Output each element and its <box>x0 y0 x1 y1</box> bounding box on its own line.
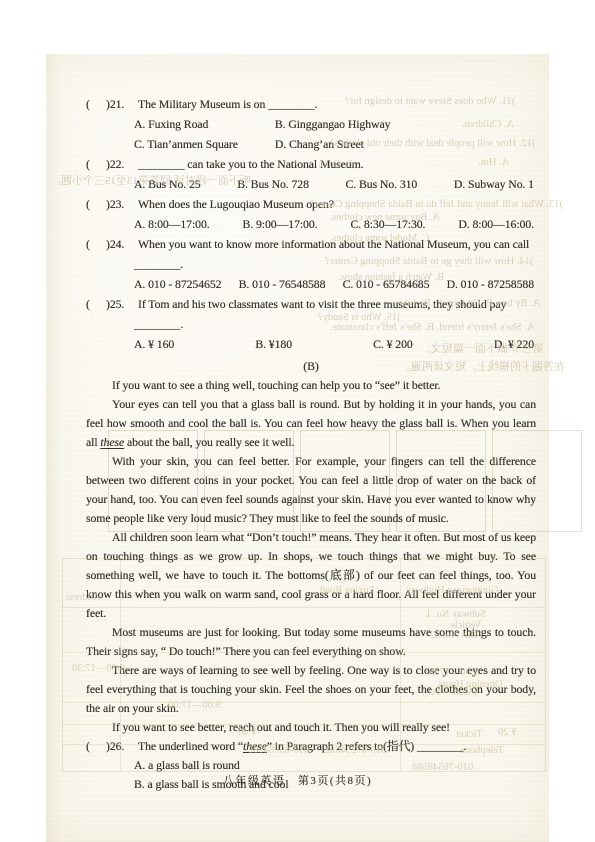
option-b: B. ¥180 <box>255 334 292 354</box>
option-a: A. 8:00—17:00. <box>134 214 210 234</box>
question-24: ( )24. When you want to know more inform… <box>86 234 536 254</box>
underlined-word-these: these <box>100 435 124 449</box>
question-24-options: A. 010 - 87254652 B. 010 - 76548588 C. 0… <box>134 274 536 294</box>
section-b-label: (B) <box>86 356 536 376</box>
passage-paragraph-4: All children soon learn what “Don’t touc… <box>86 528 536 623</box>
option-b: B. 9:00—17:00. <box>243 214 318 234</box>
page-footer: 八年级英语 第3页(共8页) <box>46 772 549 788</box>
question-text: If Tom and his two classmates want to vi… <box>138 294 536 314</box>
question-25-options: A. ¥ 160 B. ¥180 C. ¥ 200 D. ¥ 220 <box>134 334 536 354</box>
option-c: C. Bus No. 310 <box>346 174 418 194</box>
question-number: )25. <box>106 294 138 314</box>
reading-passage-b: If you want to see a thing well, touchin… <box>86 376 536 737</box>
question-25: ( )25. If Tom and his two classmates wan… <box>86 294 536 314</box>
underlined-word-these: these <box>243 739 267 753</box>
question-text: ________ can take you to the National Mu… <box>138 154 536 174</box>
option-a: A. 010 - 87254652 <box>134 274 221 294</box>
passage-paragraph-6: There are ways of learning to see well b… <box>86 661 536 718</box>
option-a: A. Bus No. 25 <box>134 174 201 194</box>
question-number: )23. <box>106 194 138 214</box>
answer-bracket-open: ( <box>86 234 106 254</box>
option-c: C. 010 - 65784685 <box>343 274 430 294</box>
paragraph-2-text: about the ball, you really see it well. <box>124 435 294 449</box>
question-23: ( )23. When does the Lugouqiao Museum op… <box>86 194 536 214</box>
question-number: )26. <box>106 737 138 756</box>
question-number: )21. <box>106 94 138 114</box>
answer-bracket-open: ( <box>86 737 106 756</box>
question-number: )22. <box>106 154 138 174</box>
question-22-options: A. Bus No. 25 B. Bus No. 728 C. Bus No. … <box>134 174 536 194</box>
option-b: B. Bus No. 728 <box>237 174 309 194</box>
option-d: D. 8:00—16:00. <box>458 214 534 234</box>
question-text: When you want to know more information a… <box>138 234 536 254</box>
question-26-text: The underlined word “ <box>138 739 243 753</box>
question-number: )24. <box>106 234 138 254</box>
scanned-exam-page: ( )21. The Military Museum is on _______… <box>0 0 595 842</box>
question-21-options-row-2: C. Tian’anmen Square D. Chang’an Street <box>134 134 536 154</box>
question-26: ( )26. The underlined word “these” in Pa… <box>86 737 536 756</box>
passage-paragraph-7: If you want to see better, reach out and… <box>86 718 536 737</box>
option-a: A. Fuxing Road <box>134 114 272 134</box>
option-c: C. Tian’anmen Square <box>134 134 272 154</box>
question-21: ( )21. The Military Museum is on _______… <box>86 94 536 114</box>
option-d: D. 010 - 87258588 <box>447 274 534 294</box>
option-d: D. Chang’an Street <box>275 137 364 151</box>
question-22: ( )22. ________ can take you to the Nati… <box>86 154 536 174</box>
question-text: The Military Museum is on ________. <box>138 94 536 114</box>
question-text: The underlined word “these” in Paragraph… <box>138 737 536 756</box>
passage-paragraph-1: If you want to see a thing well, touchin… <box>86 376 536 395</box>
option-c: C. ¥ 200 <box>373 334 413 354</box>
question-21-options-row-1: A. Fuxing Road B. Ginggangao Highway <box>134 114 536 134</box>
answer-bracket-open: ( <box>86 154 106 174</box>
option-c: C. 8:30—17:30. <box>350 214 425 234</box>
question-text: When does the Lugouqiao Museum open? <box>138 194 536 214</box>
answer-bracket-open: ( <box>86 194 106 214</box>
passage-paragraph-2: Your eyes can tell you that a glass ball… <box>86 395 536 452</box>
option-d: D. Subway No. 1 <box>454 174 534 194</box>
question-26-text: ” in Paragraph 2 refers to(指代) ________. <box>267 739 466 753</box>
option-b: B. Ginggangao Highway <box>275 117 391 131</box>
fill-in-blank: ________. <box>134 254 536 274</box>
option-a: A. ¥ 160 <box>134 334 174 354</box>
passage-paragraph-5: Most museums are just for looking. But t… <box>86 623 536 661</box>
option-d: D. ¥ 220 <box>494 334 534 354</box>
fill-in-blank: ________. <box>134 314 536 334</box>
passage-paragraph-3: With your skin, you can feel better. For… <box>86 452 536 528</box>
paper-sheet: ( )21. The Military Museum is on _______… <box>46 54 549 842</box>
questions-21-25: ( )21. The Military Museum is on _______… <box>86 94 536 354</box>
exam-content: ( )21. The Military Museum is on _______… <box>86 94 536 794</box>
question-23-options: A. 8:00—17:00. B. 9:00—17:00. C. 8:30—17… <box>134 214 536 234</box>
answer-bracket-open: ( <box>86 294 106 314</box>
answer-bracket-open: ( <box>86 94 106 114</box>
option-b: B. 010 - 76548588 <box>239 274 326 294</box>
